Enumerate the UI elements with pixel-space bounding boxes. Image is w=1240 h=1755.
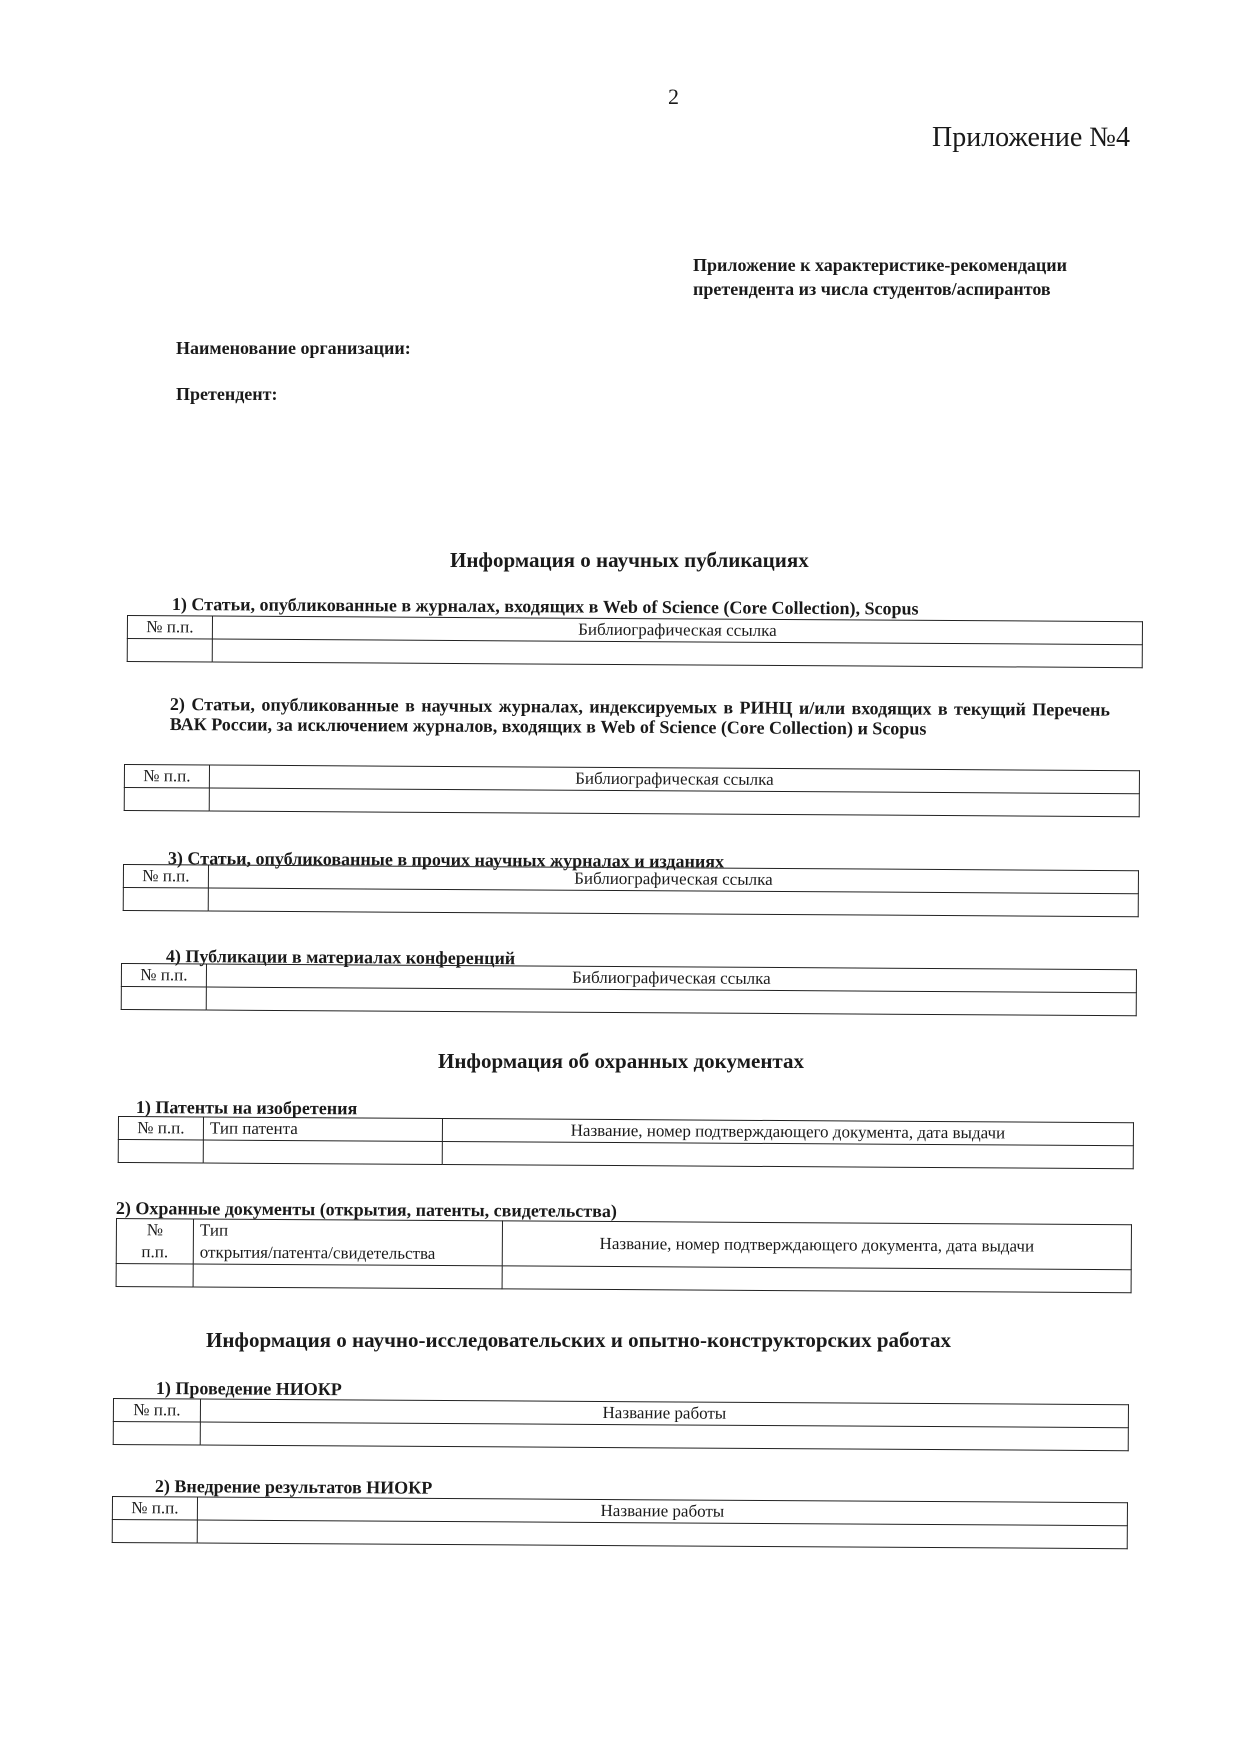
document-page: 2 Приложение №4 Приложение к характерист… [0,0,1240,1755]
cell-number[interactable] [118,1140,203,1164]
col-header-doc-type: Тип открытия/патента/свидетельства [193,1219,502,1266]
cell-reference[interactable] [208,888,1138,917]
cell-number[interactable] [127,639,212,663]
appendix-subtitle-line2: претендента из числа студентов/аспиранто… [693,277,1067,301]
cell-doc-info[interactable] [502,1266,1131,1293]
publications-title: Информация о научных публикациях [450,548,809,573]
cell-work-title[interactable] [200,1422,1128,1451]
col-header-number: № п.п. [124,765,209,789]
applicant-label: Претендент: [176,384,278,405]
cell-number[interactable] [112,1520,197,1544]
col-header-number: № п.п. [121,964,206,988]
publications-table-1: № п.п. Библиографическая ссылка [127,615,1143,668]
col-header-number: № п.п. [127,616,212,640]
organization-label: Наименование организации: [176,338,411,359]
rnd-sub1-title: 1) Проведение НИОКР [156,1378,342,1400]
rnd-works-title: Информация о научно-исследовательских и … [206,1328,951,1353]
protection-docs-title: Информация об охранных документах [438,1049,804,1074]
cell-number[interactable] [113,1422,200,1446]
publications-sub2-title: 2) Статьи, опубликованные в научных журн… [170,694,1110,740]
publications-table-4: № п.п. Библиографическая ссылка [121,963,1137,1016]
cell-doc-info[interactable] [442,1141,1133,1168]
col-header-doc-info: Название, номер подтверждающего документ… [502,1221,1131,1270]
cell-doc-type[interactable] [193,1264,502,1289]
cell-reference[interactable] [206,987,1136,1016]
col-header-number: № п.п. [112,1497,197,1521]
appendix-subtitle-line1: Приложение к характеристике-рекомендации [693,253,1067,277]
cell-patent-type[interactable] [203,1140,442,1164]
cell-number[interactable] [123,888,208,912]
col-header-patent-type: Тип патента [203,1117,442,1141]
patents-table: № п.п. Тип патента Название, номер подтв… [118,1116,1134,1169]
publications-table-3: № п.п. Библиографическая ссылка [123,864,1139,917]
cell-number[interactable] [121,987,206,1011]
page-number: 2 [668,84,679,110]
rnd-implementation-table: № п.п. Название работы [112,1496,1128,1549]
cell-number[interactable] [124,788,209,812]
col-header-number: № п.п. [123,865,208,889]
col-header-number: № п.п. [113,1399,200,1423]
cell-reference[interactable] [209,788,1139,817]
appendix-number: Приложение №4 [932,122,1130,154]
protection-docs-table: № п.п. Тип открытия/патента/свидетельств… [116,1218,1132,1293]
cell-reference[interactable] [212,639,1142,668]
cell-work-title[interactable] [197,1520,1127,1549]
rnd-sub2-title: 2) Внедрение результатов НИОКР [155,1476,432,1499]
appendix-subtitle: Приложение к характеристике-рекомендации… [693,253,1067,301]
col-header-number: № п.п. [116,1219,193,1264]
col-header-number: № п.п. [118,1117,203,1141]
rnd-conduct-table: № п.п. Название работы [113,1398,1129,1451]
cell-number[interactable] [116,1264,193,1287]
publications-table-2: № п.п. Библиографическая ссылка [124,764,1140,817]
